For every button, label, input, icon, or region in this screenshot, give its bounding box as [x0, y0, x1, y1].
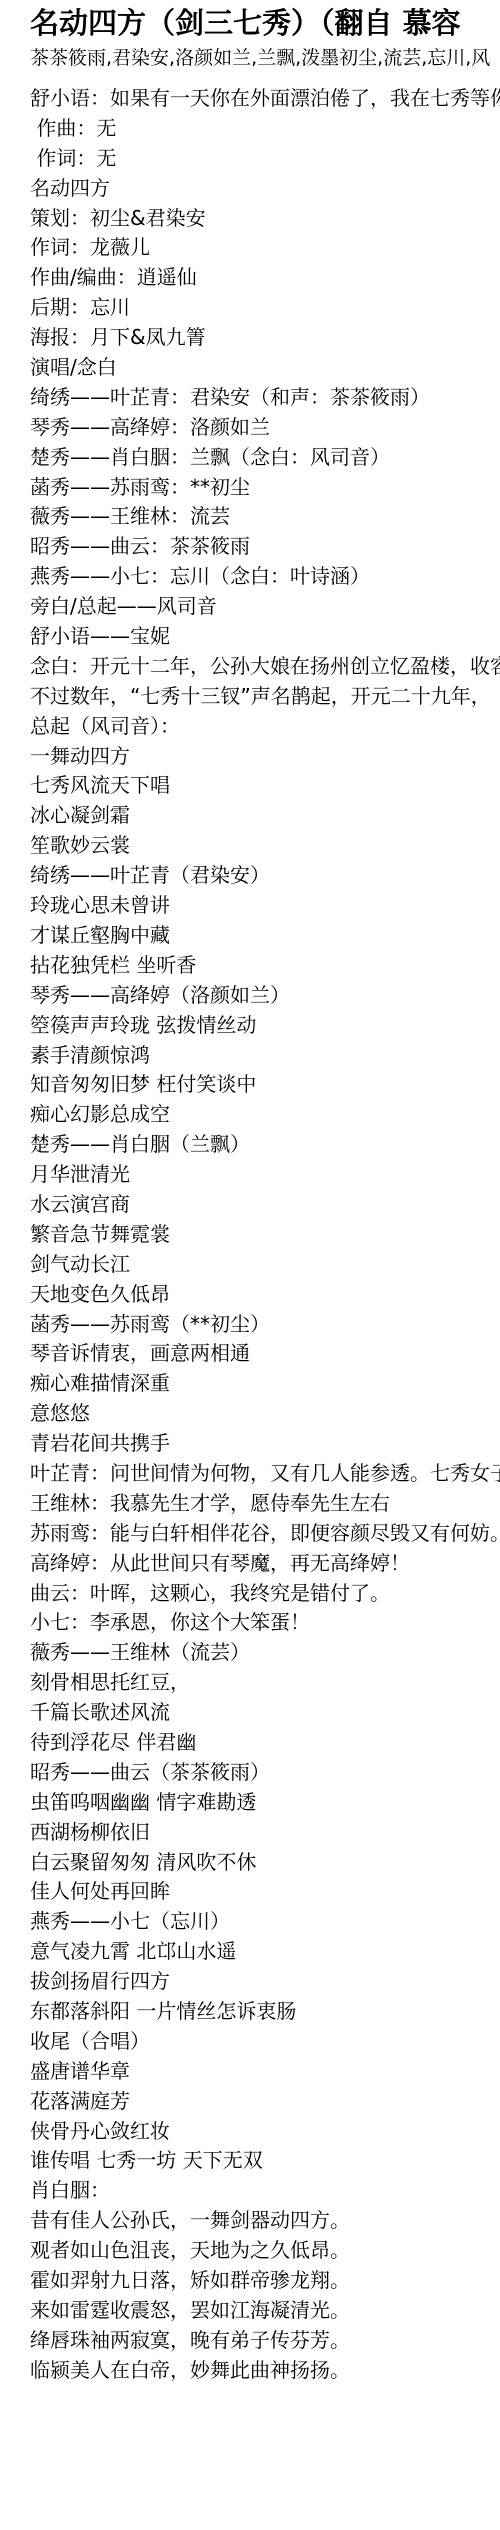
lyric-line: 痴心难描情深重 — [30, 1369, 500, 1399]
lyric-line: 虫笛呜咽幽幽 情字难勘透 — [30, 1788, 500, 1818]
lyric-line: 意气凌九霄 北邙山水遥 — [30, 1937, 500, 1967]
lyric-line: 海报：月下&凤九箐 — [30, 323, 500, 353]
lyric-line: 王维林：我慕先生才学，愿侍奉先生左右 — [30, 1489, 500, 1519]
lyric-line: 七秀风流天下唱 — [30, 771, 500, 801]
lyric-line: 名动四方 — [30, 174, 500, 204]
lyric-line: 菡秀——苏雨鸾：**初尘 — [30, 473, 500, 503]
lyric-line: 作词：龙薇儿 — [30, 233, 500, 263]
lyric-line: 琴秀——高绛婷：洛颜如兰 — [30, 413, 500, 443]
lyric-line: 剑气动长江 — [30, 1250, 500, 1280]
lyric-line: 知音匆匆旧梦 枉付笑谈中 — [30, 1070, 500, 1100]
lyric-line: 小七：李承恩，你这个大笨蛋！ — [30, 1608, 500, 1638]
lyric-line: 意悠悠 — [30, 1399, 500, 1429]
lyric-line: 月华泄清光 — [30, 1160, 500, 1190]
lyric-line: 天地变色久低昂 — [30, 1280, 500, 1310]
lyric-line: 刻骨相思托红豆， — [30, 1668, 500, 1698]
lyric-line: 昭秀——曲云：茶茶筱雨 — [30, 532, 500, 562]
lyric-line: 燕秀——小七（忘川） — [30, 1907, 500, 1937]
lyric-line: 后期：忘川 — [30, 293, 500, 323]
lyric-line: 燕秀——小七：忘川（念白：叶诗涵） — [30, 562, 500, 592]
lyric-line: 花落满庭芳 — [30, 2087, 500, 2117]
lyric-line: 总起（风司音）： — [30, 712, 500, 742]
artist-list: 茶茶筱雨,君染安,洛颜如兰,兰飘,泼墨初尘,流芸,忘川,风 — [30, 45, 500, 71]
lyric-line: 叶芷青：问世间情为何物，又有几人能参透。七秀女子 — [30, 1459, 500, 1489]
lyric-line: 念白：开元十二年，公孙大娘在扬州创立忆盈楼，收容 — [30, 652, 500, 682]
lyric-line: 观者如山色沮丧，天地为之久低昂。 — [30, 2236, 500, 2266]
lyric-line: 玲珑心思未曾讲 — [30, 891, 500, 921]
lyric-line: 琴秀——高绛婷（洛颜如兰） — [30, 981, 500, 1011]
lyric-line: 素手清颜惊鸿 — [30, 1041, 500, 1071]
lyric-line: 痴心幻影总成空 — [30, 1100, 500, 1130]
lyric-line: 不过数年，“七秀十三钗”声名鹊起，开元二十九年， — [30, 682, 500, 712]
lyric-line: 东都落斜阳 一片情丝怎诉衷肠 — [30, 1997, 500, 2027]
lyric-line: 薇秀——王维林（流芸） — [30, 1638, 500, 1668]
lyric-line: 昭秀——曲云（茶茶筱雨） — [30, 1758, 500, 1788]
lyric-line: 侠骨丹心敛红妆 — [30, 2117, 500, 2147]
lyric-line: 西湖杨柳依旧 — [30, 1818, 500, 1848]
lyric-line: 拔剑扬眉行四方 — [30, 1967, 500, 1997]
lyric-line: 拈花独凭栏 坐听香 — [30, 951, 500, 981]
lyric-line: 箜篌声声玲珑 弦拨情丝动 — [30, 1011, 500, 1041]
lyric-line: 繁音急节舞霓裳 — [30, 1220, 500, 1250]
lyric-line: 盛唐谱华章 — [30, 2057, 500, 2087]
lyric-line: 才谋丘壑胸中藏 — [30, 921, 500, 951]
lyrics-document: 名动四方（剑三七秀）（翻自 慕容 茶茶筱雨,君染安,洛颜如兰,兰飘,泼墨初尘,流… — [0, 0, 500, 2386]
lyric-line: 楚秀——肖白胭：兰飘（念白：风司音） — [30, 443, 500, 473]
lyric-line: 待到浮花尽 伴君幽 — [30, 1728, 500, 1758]
lyric-line: 菡秀——苏雨鸾（**初尘） — [30, 1310, 500, 1340]
lyric-line: 舒小语：如果有一天你在外面漂泊倦了，我在七秀等你 — [30, 84, 500, 114]
lyric-line: 肖白胭： — [30, 2176, 500, 2206]
lyric-line: 收尾（合唱） — [30, 2027, 500, 2057]
lyric-line: 琴音诉情衷，画意两相通 — [30, 1339, 500, 1369]
lyric-line: 苏雨鸾：能与白轩相伴花谷，即便容颜尽毁又有何妨。 — [30, 1519, 500, 1549]
lyric-line: 临颍美人在白帝，妙舞此曲神扬扬。 — [30, 2356, 500, 2386]
lyric-line: 冰心凝剑霜 — [30, 801, 500, 831]
lyric-line: 绮绣——叶芷青（君染安） — [30, 861, 500, 891]
lyric-line: 水云演宫商 — [30, 1190, 500, 1220]
lyric-line: 来如雷霆收震怒，罢如江海凝清光。 — [30, 2296, 500, 2326]
lyric-line: 舒小语——宝妮 — [30, 622, 500, 652]
lyric-line: 作词：无 — [30, 144, 500, 174]
lyric-line: 演唱/念白 — [30, 353, 500, 383]
lyric-line: 绮绣——叶芷青：君染安（和声：茶茶筱雨） — [30, 383, 500, 413]
lyric-line: 作曲/编曲：逍遥仙 — [30, 263, 500, 293]
lyric-line: 曲云：叶晖，这颗心，我终究是错付了。 — [30, 1579, 500, 1609]
lyric-line: 昔有佳人公孙氏，一舞剑器动四方。 — [30, 2206, 500, 2236]
lyric-line: 策划：初尘&君染安 — [30, 204, 500, 234]
lyric-line: 白云聚留匆匆 清风吹不休 — [30, 1848, 500, 1878]
lyric-line: 一舞动四方 — [30, 742, 500, 772]
lyric-line: 楚秀——肖白胭（兰飘） — [30, 1130, 500, 1160]
lyrics-lines: 舒小语：如果有一天你在外面漂泊倦了，我在七秀等你 作曲：无 作词：无名动四方策划… — [30, 84, 500, 2386]
lyric-line: 绛唇珠袖两寂寞，晚有弟子传芬芳。 — [30, 2326, 500, 2356]
lyric-line: 千篇长歌述风流 — [30, 1698, 500, 1728]
lyric-line: 佳人何处再回眸 — [30, 1877, 500, 1907]
lyric-line: 笙歌妙云裳 — [30, 831, 500, 861]
lyric-line: 薇秀——王维林：流芸 — [30, 502, 500, 532]
lyric-line: 青岩花间共携手 — [30, 1429, 500, 1459]
lyric-line: 高绛婷：从此世间只有琴魔，再无高绛婷！ — [30, 1549, 500, 1579]
lyric-line: 旁白/总起——风司音 — [30, 592, 500, 622]
song-title: 名动四方（剑三七秀）（翻自 慕容 — [30, 4, 500, 42]
lyric-line: 谁传唱 七秀一坊 天下无双 — [30, 2146, 500, 2176]
lyric-line: 作曲：无 — [30, 114, 500, 144]
lyric-line: 霍如羿射九日落，矫如群帝骖龙翔。 — [30, 2266, 500, 2296]
